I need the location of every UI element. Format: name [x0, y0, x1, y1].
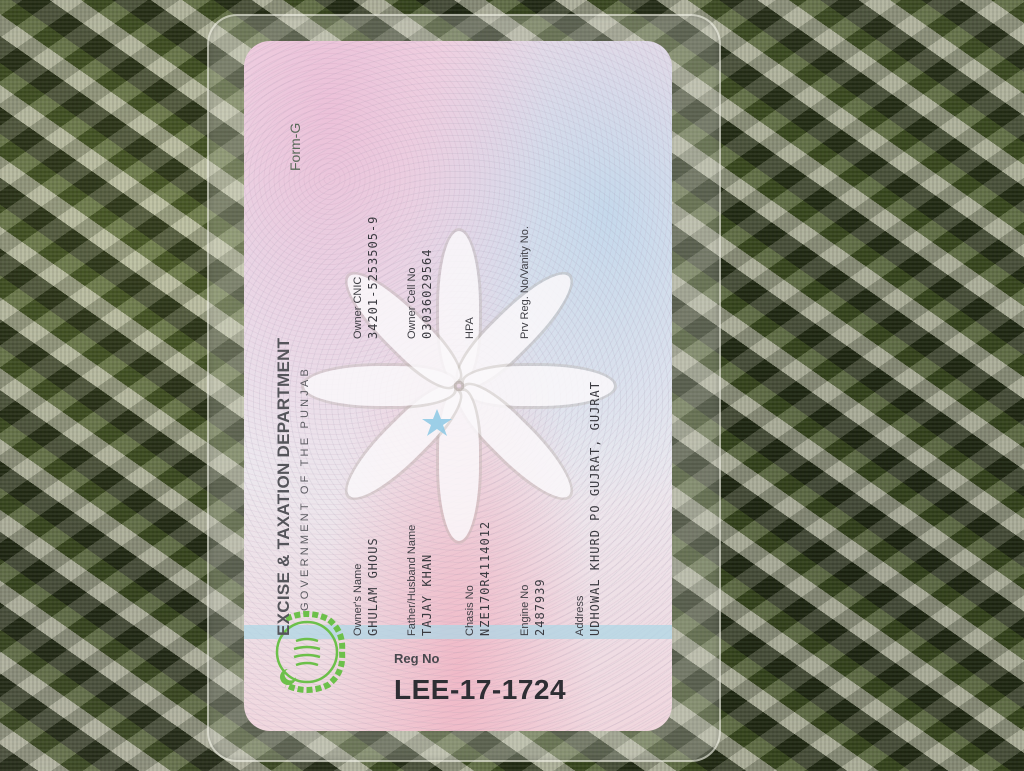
reg-no-label: Reg No: [394, 651, 440, 666]
prv-reg-label: Prv Reg. No/Vanity No.: [519, 226, 531, 339]
chassis-no-label: Chasis No: [464, 585, 476, 636]
government-subtitle: GOVERNMENT OF THE PUNJAB: [299, 366, 311, 611]
owner-cnic-label: Owner CNIC: [352, 277, 364, 339]
department-title: EXCISE & TAXATION DEPARTMENT: [274, 338, 294, 636]
reg-no-value: LEE-17-1724: [394, 674, 566, 706]
registration-card: EXCISE & TAXATION DEPARTMENT GOVERNMENT …: [244, 41, 672, 731]
address-label: Address: [574, 596, 586, 636]
father-name-label: Father/Husband Name: [406, 525, 418, 636]
engine-no-label: Engine No: [519, 585, 531, 636]
engine-no-value: 2487939: [533, 578, 547, 636]
hpa-label: HPA: [464, 317, 476, 339]
owner-cnic-value: 34201-5253505-9: [366, 216, 380, 339]
owner-cell-value: 03036029564: [420, 249, 434, 339]
owner-name-label: Owner's Name: [352, 564, 364, 636]
form-label: Form-G: [287, 123, 303, 171]
owner-cell-label: Owner Cell No: [406, 267, 418, 339]
address-value: UDHOWAL KHURD PO GUJRAT, GUJRAT: [588, 381, 602, 636]
father-name-value: TAJAY KHAN: [420, 554, 434, 636]
card-rotated-text: EXCISE & TAXATION DEPARTMENT GOVERNMENT …: [244, 41, 672, 731]
chassis-no-value: NZE170R4114012: [478, 521, 492, 636]
owner-name-value: GHULAM GHOUS: [366, 537, 380, 636]
